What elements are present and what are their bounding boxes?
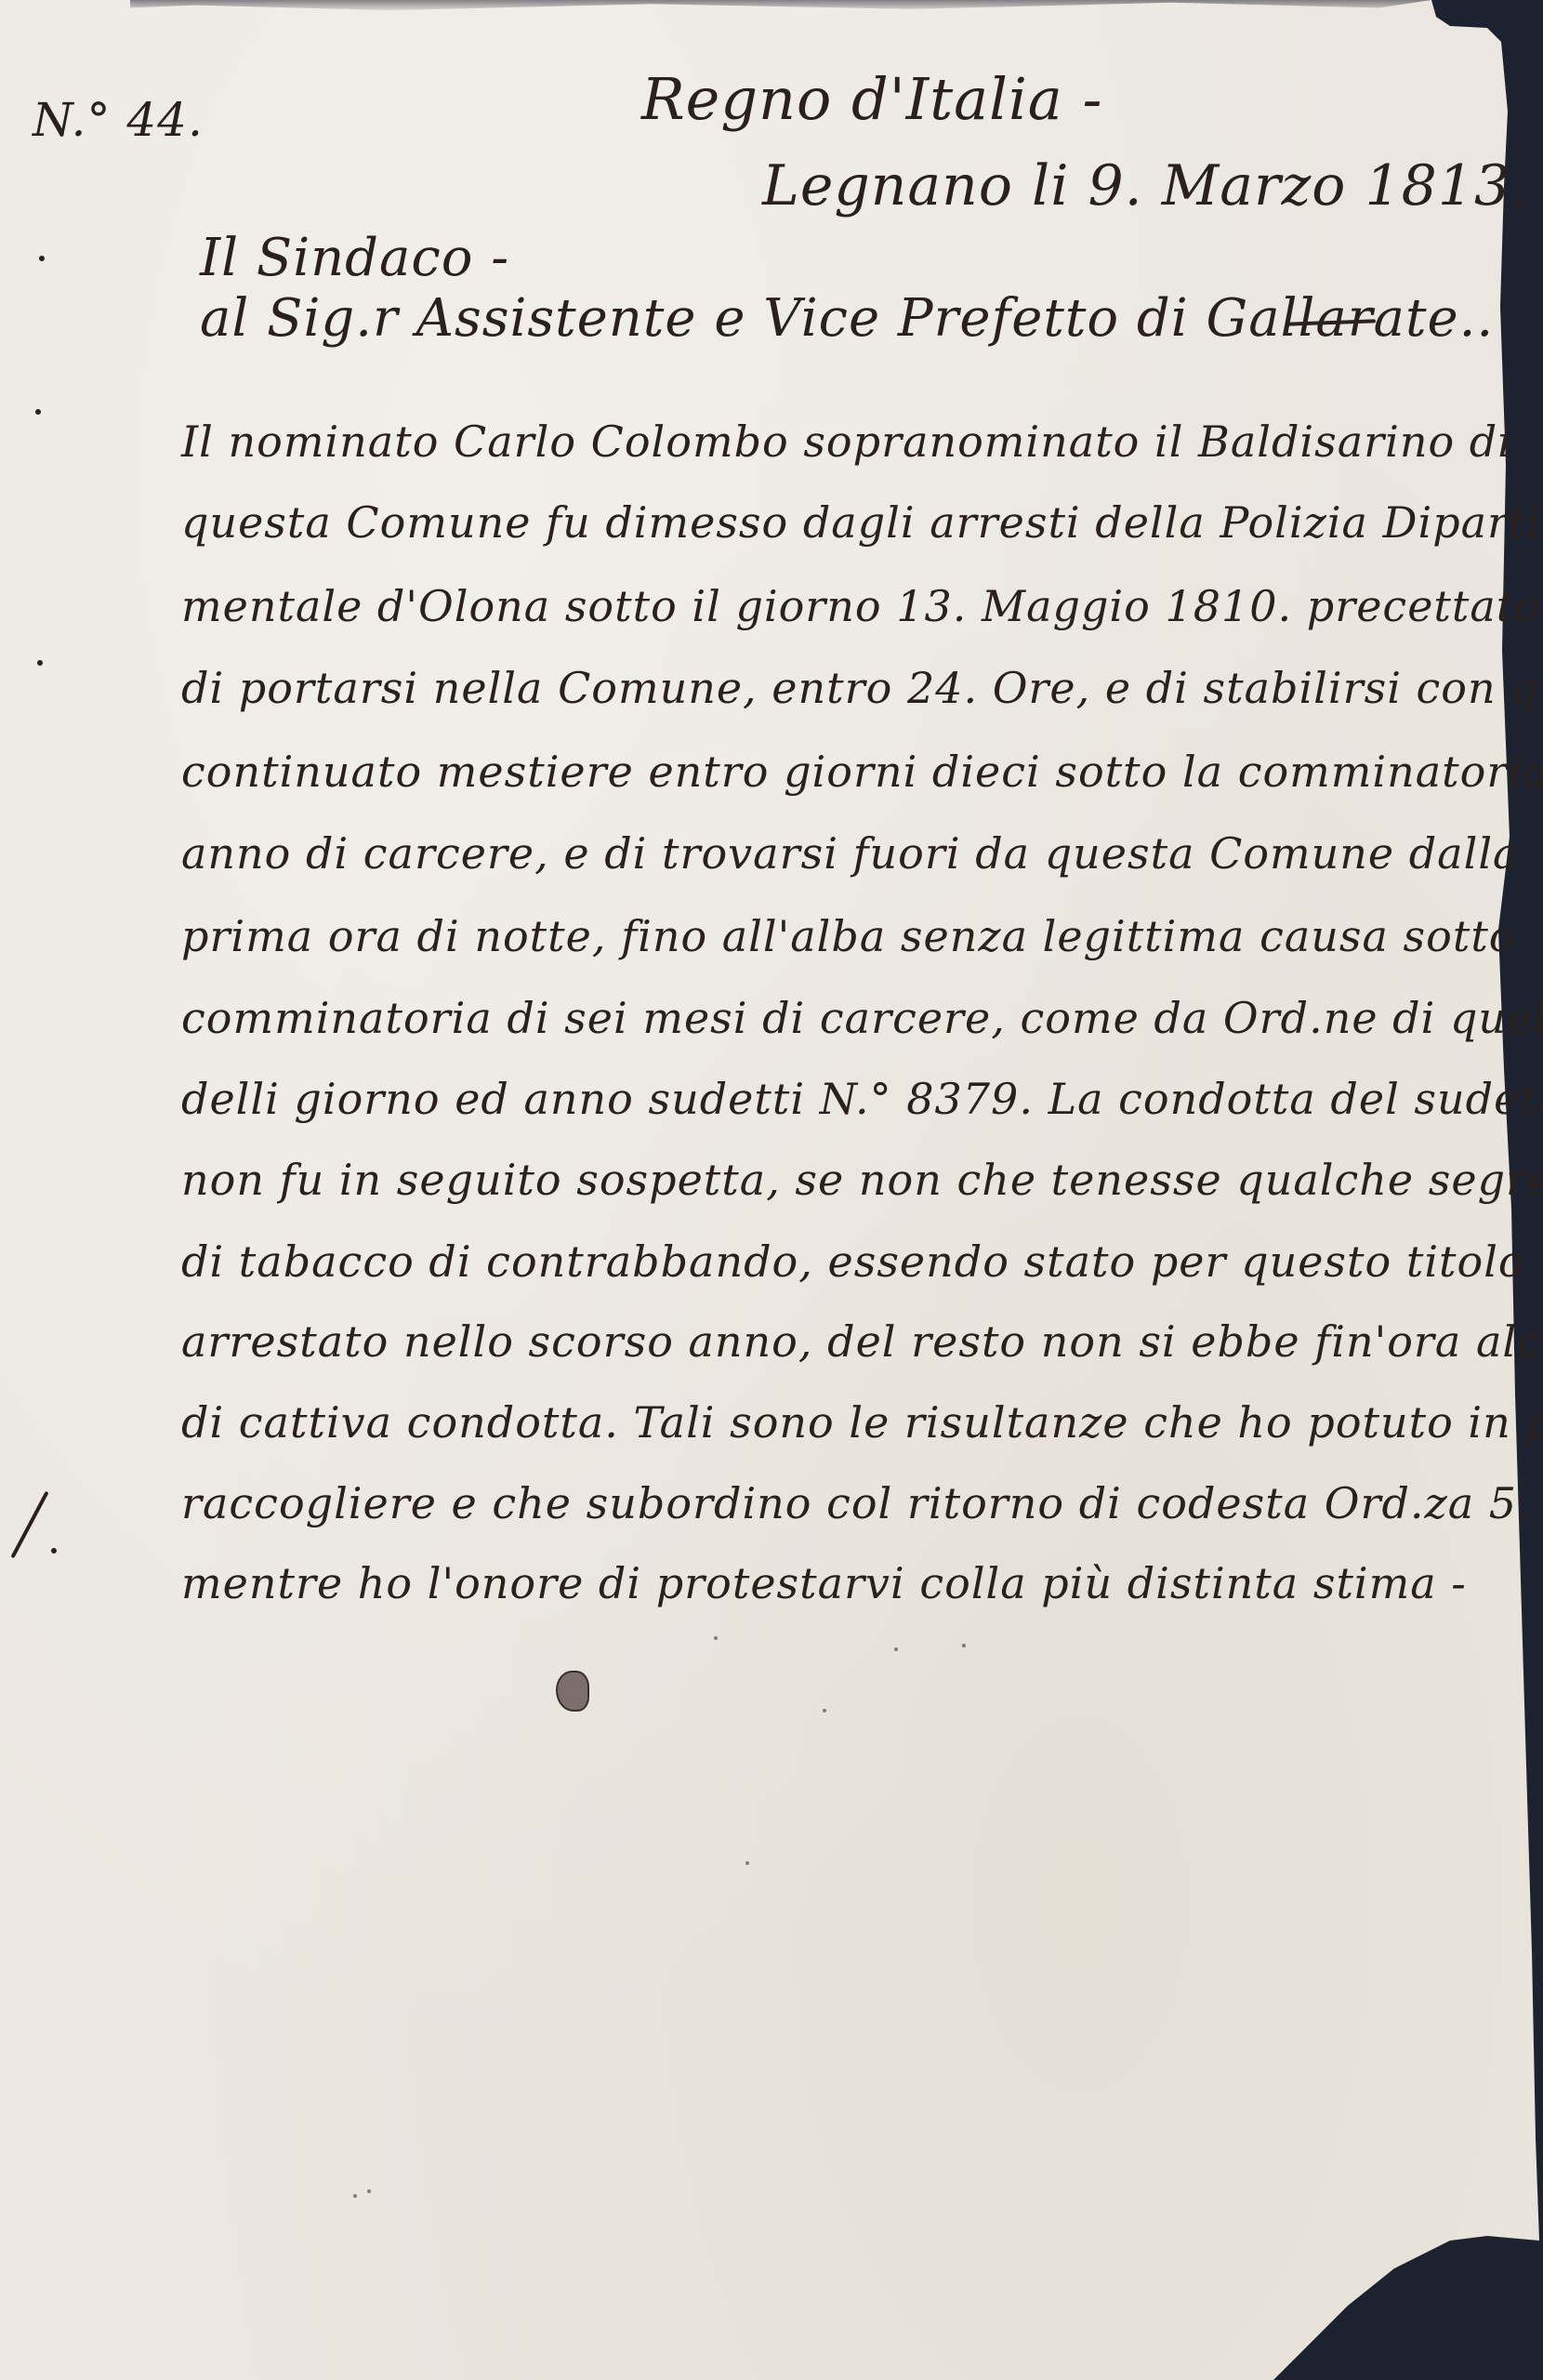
document-title: Regno d'Italia - xyxy=(641,65,1102,133)
paper-speck xyxy=(745,1861,749,1865)
paper-speck xyxy=(353,2194,357,2198)
body-line: delli giorno ed anno sudetti N.° 8379. L… xyxy=(181,1074,1543,1124)
body-line: raccogliere e che subordino col ritorno … xyxy=(181,1478,1543,1528)
margin-dot xyxy=(39,256,45,261)
body-line: prima ora di notte, fino all'alba senza … xyxy=(181,911,1516,961)
body-line: arrestato nello scorso anno, del resto n… xyxy=(181,1316,1543,1367)
body-line: mentale d'Olona sotto il giorno 13. Magg… xyxy=(181,581,1541,631)
margin-dot xyxy=(37,660,43,666)
paper-speck xyxy=(962,1644,966,1647)
ink-blot xyxy=(556,1671,589,1712)
paper-speck xyxy=(823,1709,826,1712)
document-number: N.° 44. xyxy=(33,93,204,147)
body-line: di cattiva condotta. Tali sono le risult… xyxy=(181,1397,1543,1448)
paper-speck xyxy=(714,1636,718,1640)
body-line: questa Comune fu dimesso dagli arresti d… xyxy=(181,497,1541,548)
paper-speck xyxy=(367,2189,371,2193)
body-line: di tabacco di contrabbando, essendo stat… xyxy=(181,1236,1543,1287)
body-line: anno di carcere, e di trovarsi fuori da … xyxy=(181,828,1519,879)
body-line: continuato mestiere entro giorni dieci s… xyxy=(181,747,1543,797)
margin-dot xyxy=(35,409,41,415)
body-line: Il nominato Carlo Colombo sopranominato … xyxy=(181,416,1512,467)
place-and-date: Legnano li 9. Marzo 1813. - xyxy=(762,153,1543,218)
body-line: comminatoria di sei mesi di carcere, com… xyxy=(181,993,1543,1043)
recipient: al Sig.r Assistente e Vice Prefetto di G… xyxy=(200,288,1494,349)
body-line: non fu in seguito sospetta, se non che t… xyxy=(181,1155,1543,1205)
body-line: mentre ho l'onore di protestarvi colla p… xyxy=(181,1558,1467,1608)
margin-dot xyxy=(51,1548,57,1554)
sender: Il Sindaco - xyxy=(200,228,509,288)
body-line: di portarsi nella Comune, entro 24. Ore,… xyxy=(181,663,1543,713)
paper-speck xyxy=(894,1647,898,1651)
